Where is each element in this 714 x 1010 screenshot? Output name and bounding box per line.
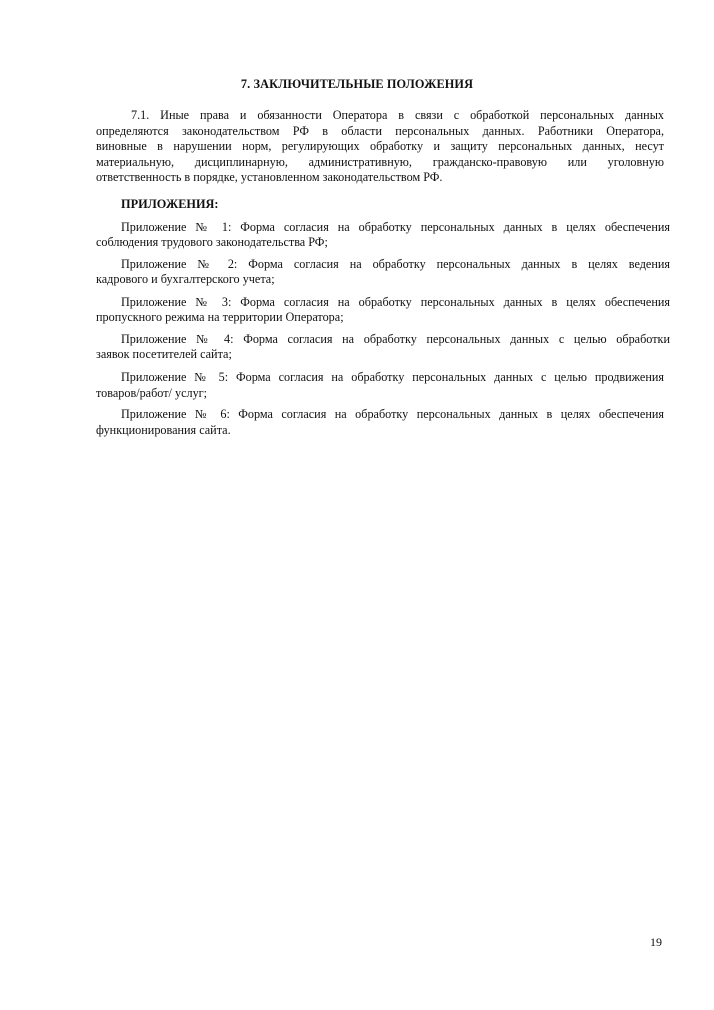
appendix-line: кадрового и бухгалтерского учета; <box>96 272 670 287</box>
appendix-line: Приложение № 3: Форма согласия на обрабо… <box>121 295 670 310</box>
page-number: 19 <box>650 935 662 950</box>
appendix-line: Приложение № 1: Форма согласия на обрабо… <box>121 220 670 235</box>
appendix-line: Приложение № 4: Форма согласия на обрабо… <box>121 332 670 347</box>
appendix-line: пропускного режима на территории Операто… <box>96 310 670 325</box>
appendix-line: заявок посетителей сайта; <box>96 347 670 362</box>
section-title: 7. ЗАКЛЮЧИТЕЛЬНЫЕ ПОЛОЖЕНИЯ <box>0 77 714 92</box>
appendices-heading: ПРИЛОЖЕНИЯ: <box>121 197 219 212</box>
document-page: 7. ЗАКЛЮЧИТЕЛЬНЫЕ ПОЛОЖЕНИЯ 7.1. Иные пр… <box>0 0 714 1010</box>
paragraph-line: 7.1. Иные права и обязанности Оператора … <box>131 108 664 123</box>
appendix-line: товаров/работ/ услуг; <box>96 386 670 401</box>
appendix-line: соблюдения трудового законодательства РФ… <box>96 235 670 250</box>
appendix-line: Приложение № 6: Форма согласия на обрабо… <box>121 407 664 422</box>
appendix-line: Приложение № 2: Форма согласия на обрабо… <box>121 257 670 272</box>
paragraph-line: материальную, дисциплинарную, администра… <box>96 155 664 170</box>
paragraph-line: ответственность в порядке, установленном… <box>96 170 664 185</box>
appendix-line: функционирования сайта. <box>96 423 670 438</box>
paragraph-line: определяются законодательством РФ в обла… <box>96 124 664 139</box>
appendix-line: Приложение № 5: Форма согласия на обрабо… <box>121 370 664 385</box>
paragraph-line: виновные в нарушении норм, регулирующих … <box>96 139 664 154</box>
